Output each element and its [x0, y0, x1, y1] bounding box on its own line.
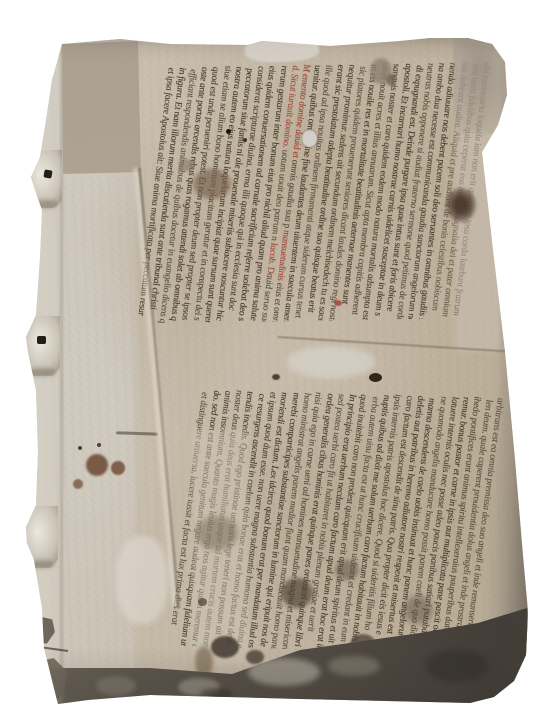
spine-speck — [38, 126, 42, 130]
photo-background: ubi necessaria loquela iam non erit quia… — [0, 0, 533, 711]
manuscript-book: ubi necessaria loquela iam non erit quia… — [0, 0, 533, 711]
edge-vignette — [0, 0, 533, 711]
